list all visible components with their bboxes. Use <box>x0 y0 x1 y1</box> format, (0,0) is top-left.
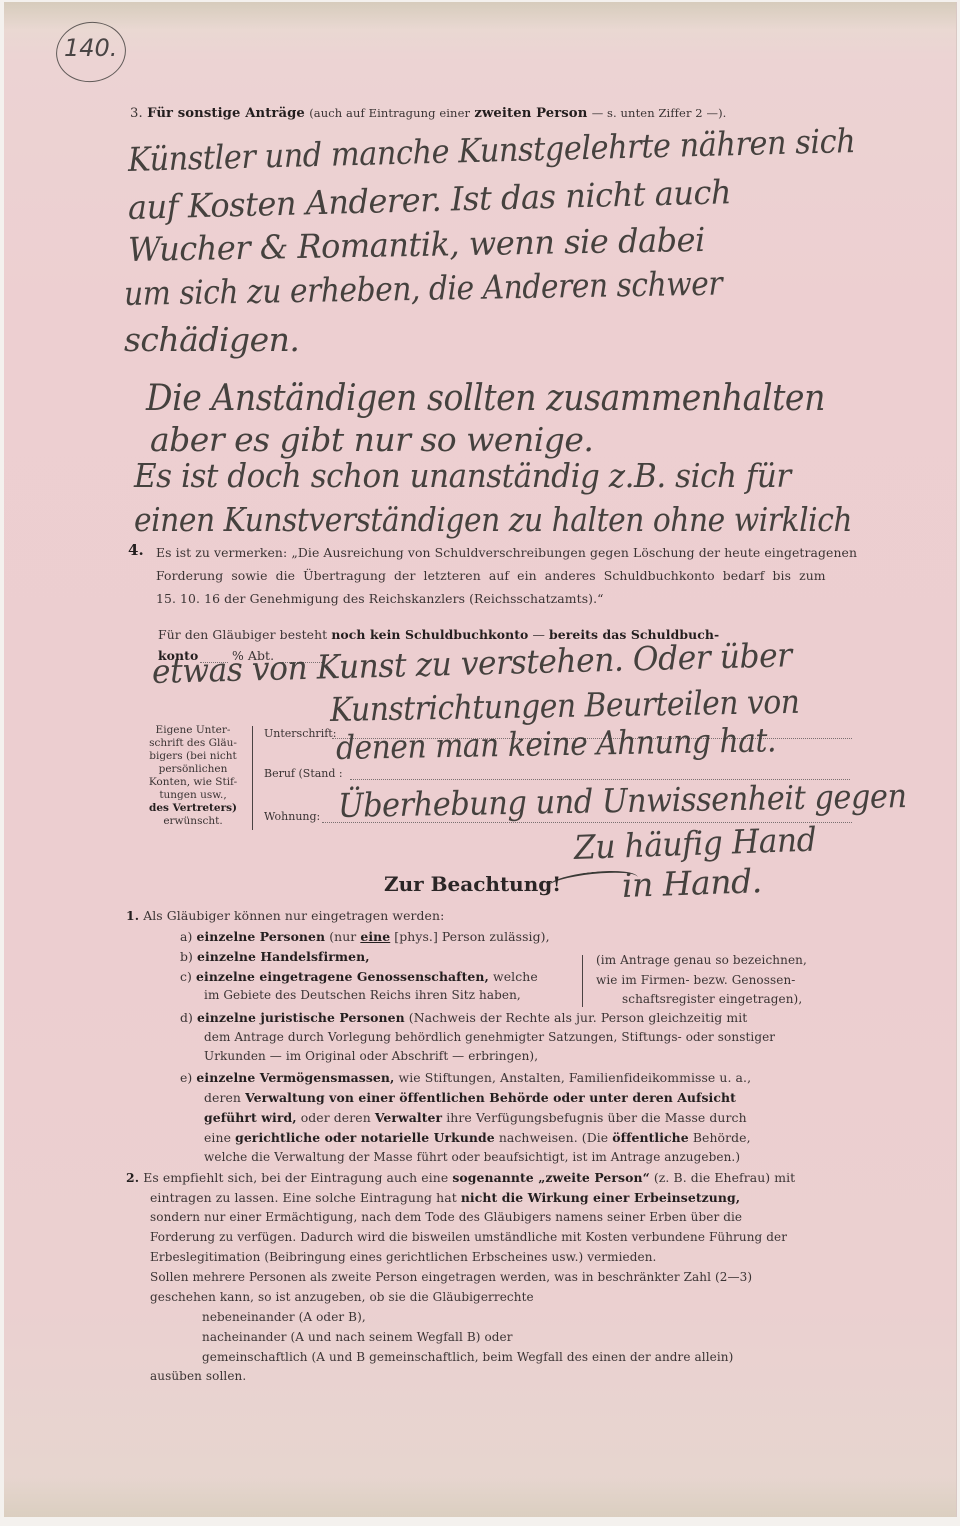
section3-subtitle: (auch auf Eintragung einer <box>309 106 470 120</box>
section3-title: Für sonstige Anträge <box>147 106 305 121</box>
note2-line: Forderung zu verfügen. Dadurch wird die … <box>150 1230 787 1244</box>
note1-bc-aside: (im Antrage genau so bezeichnen, wie im … <box>596 951 807 1010</box>
note1-d-bold: einzelne juristische Personen <box>197 1010 405 1025</box>
signature-note-line: tungen usw., <box>148 789 238 802</box>
note1-a-bold: einzelne Personen <box>196 929 325 944</box>
notes-heading: Zur Beachtung! <box>384 872 561 896</box>
handwritten-line: schädigen. <box>124 320 299 359</box>
note1-e-line2: deren Verwaltung von einer öffentlichen … <box>204 1090 736 1105</box>
section3-second-person: zweiten Person <box>474 106 587 121</box>
signature-note-line: Konten, wie Stif- <box>148 776 238 789</box>
note1-d: d) einzelne juristische Personen (Nachwe… <box>180 1010 747 1025</box>
note2-option: nacheinander (A und nach seinem Wegfall … <box>202 1330 513 1344</box>
handwritten-line: in Hand. <box>621 861 762 905</box>
note1-c-label: c) <box>180 969 192 984</box>
note2-line: Sollen mehrere Personen als zweite Perso… <box>150 1270 752 1284</box>
note1-e-bold: geführt wird, <box>204 1110 297 1125</box>
note1-e-bold: gerichtliche oder notarielle Urkunde <box>235 1130 495 1145</box>
section3-number: 3. <box>130 106 143 121</box>
account-option-none[interactable]: noch kein Schuldbuchkonto <box>331 627 528 642</box>
section4-line: Es ist zu vermerken: „Die Ausreichung vo… <box>156 545 857 560</box>
note1-d-label: d) <box>180 1010 193 1025</box>
aside-line: (im Antrage genau so bezeichnen, <box>596 951 807 971</box>
note2-number: 2. <box>126 1170 139 1185</box>
note2-text: eintragen zu lassen. Eine solche Eintrag… <box>150 1190 457 1205</box>
section4-line: 15. 10. 16 der Genehmigung des Reichskan… <box>156 591 604 606</box>
note2-line: geschehen kann, so ist anzugeben, ob sie… <box>150 1290 534 1304</box>
note2-bold: nicht die Wirkung einer Erbeinsetzung, <box>461 1190 740 1205</box>
note1-d-line: dem Antrage durch Vorlegung behördlich g… <box>204 1030 775 1044</box>
note2-line: sondern nur einer Ermächtigung, nach dem… <box>150 1210 742 1224</box>
brace-divider <box>582 955 583 1007</box>
note1-c-bold: einzelne eingetragene Genossenschaften, <box>196 969 489 984</box>
signature-label: Unterschrift: <box>264 727 336 740</box>
note2-line2: eintragen zu lassen. Eine solche Eintrag… <box>150 1190 740 1205</box>
section3-ref: — s. unten Ziffer 2 —). <box>592 106 727 120</box>
note2-line: ausüben sollen. <box>150 1369 246 1383</box>
note1-b-label: b) <box>180 949 193 964</box>
note1-e: e) einzelne Vermögensmassen, wie Stiftun… <box>180 1070 751 1085</box>
note1-e-bold: Verwaltung von einer öffentlichen Behörd… <box>245 1090 736 1105</box>
note1-e-line3: geführt wird, oder deren Verwalter ihre … <box>204 1110 747 1125</box>
note1-b: b) einzelne Handelsfirmen, <box>180 949 370 964</box>
note1-e-text: oder deren <box>301 1110 371 1125</box>
profession-label: Beruf (Stand : <box>264 767 343 780</box>
handwritten-line: einen Kunstverständigen zu halten ohne w… <box>134 500 852 539</box>
note2-line: Erbeslegitimation (Beibringung eines ger… <box>150 1250 656 1264</box>
aside-line: schaftsregister eingetragen), <box>596 990 807 1010</box>
signature-note-line: bigers (bei nicht <box>148 750 238 763</box>
note2-bold: sogenannte „zweite Person“ <box>452 1170 649 1185</box>
note1-a-underlined: eine <box>360 929 390 944</box>
signature-note-line: persönlichen <box>148 763 238 776</box>
note2-text: Es empfiehlt sich, bei der Eintragung au… <box>143 1170 448 1185</box>
handwritten-line: Es ist doch schon unanständig z.B. sich … <box>134 456 791 495</box>
note1-c: c) einzelne eingetragene Genossenschafte… <box>180 969 538 984</box>
handwritten-line: Die Anständigen sollten zusammenhalten <box>146 378 825 419</box>
page-number: 140. <box>64 34 117 62</box>
section4-line: Forderung sowie die Übertragung der letz… <box>156 568 826 583</box>
aside-line: wie im Firmen- bezw. Genossen- <box>596 971 807 991</box>
note1-c-line2: im Gebiete des Deutschen Reichs ihren Si… <box>204 988 521 1002</box>
note1-e-text: Behörde, <box>693 1130 751 1145</box>
note1-number: 1. <box>126 908 139 923</box>
brace-divider <box>252 726 253 830</box>
note1-intro: Als Gläubiger können nur eingetragen wer… <box>143 908 444 923</box>
note2-line1: 2. Es empfiehlt sich, bei der Eintragung… <box>126 1170 795 1185</box>
paper-stain-top <box>4 2 956 30</box>
note1-a-text: (nur <box>329 929 356 944</box>
note1-e-line4: eine gerichtliche oder notarielle Urkund… <box>204 1130 751 1145</box>
note1-e-bold: öffentliche <box>612 1130 689 1145</box>
note1-e-text: eine <box>204 1130 231 1145</box>
note1: 1. Als Gläubiger können nur eingetragen … <box>126 908 444 923</box>
note1-d-text: (Nachweis der Rechte als jur. Person gle… <box>409 1010 748 1025</box>
note1-d-line: Urkunden — im Original oder Abschrift — … <box>204 1049 538 1063</box>
handwritten-line: aber es gibt nur so wenige. <box>150 420 593 459</box>
note1-b-bold: einzelne Handelsfirmen, <box>197 949 370 964</box>
note1-a-label: a) <box>180 929 192 944</box>
address-label: Wohnung: <box>264 810 320 823</box>
note1-a: a) einzelne Personen (nur eine [phys.] P… <box>180 929 550 944</box>
note1-e-bold: Verwalter <box>375 1110 442 1125</box>
note1-e-bold: einzelne Vermögensmassen, <box>196 1070 394 1085</box>
handwritten-line: denen man keine Ahnung hat. <box>336 720 777 767</box>
signature-note: Eigene Unter- schrift des Gläu- bigers (… <box>148 724 238 828</box>
note2-option: gemeinschaftlich (A und B gemeinschaftli… <box>202 1350 733 1364</box>
signature-note-line: des Vertreters) <box>148 802 238 815</box>
paper-stain-bottom <box>4 1477 956 1517</box>
signature-note-line: erwünscht. <box>148 815 238 828</box>
section4-number: 4. <box>128 541 144 559</box>
note1-e-line5: welche die Verwaltung der Masse führt od… <box>204 1150 740 1164</box>
note1-e-text: deren <box>204 1090 241 1105</box>
note2-text: (z. B. die Ehefrau) mit <box>654 1170 795 1185</box>
note2-option: nebeneinander (A oder B), <box>202 1310 366 1324</box>
account-dash: — <box>532 627 545 642</box>
note1-e-text: nachweisen. (Die <box>499 1130 608 1145</box>
note1-e-text: wie Stiftungen, Anstalten, Familienfidei… <box>399 1070 752 1085</box>
account-prefix: Für den Gläubiger besteht <box>158 627 327 642</box>
note1-e-text: ihre Verfügungsbefugnis über die Masse d… <box>446 1110 746 1125</box>
signature-note-line: Eigene Unter- <box>148 724 238 737</box>
section3-heading: 3. Für sonstige Anträge (auch auf Eintra… <box>130 106 726 121</box>
note1-a-text2: [phys.] Person zulässig), <box>394 929 549 944</box>
note1-e-label: e) <box>180 1070 192 1085</box>
signature-note-line: schrift des Gläu- <box>148 737 238 750</box>
note1-c-text: welche <box>493 969 538 984</box>
